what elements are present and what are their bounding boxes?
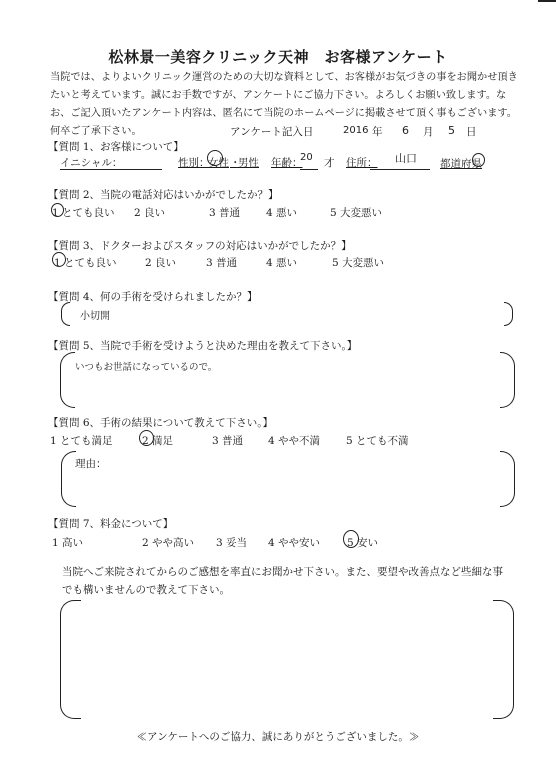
q7-option-4[interactable]: 4 やや安い [268,535,320,550]
q5-heading: 【質問 5、当院で手術を受けようと決めた理由を教えて下さい。】 [48,338,357,353]
date-year-unit: 年 [372,124,383,139]
q1-address-field[interactable]: 山口 [395,150,417,166]
q1-age-label: 年齢： [271,155,303,170]
q2-option-2[interactable]: 2 良い [134,205,165,220]
date-label: アンケート記入日 [230,124,313,139]
q1-prefecture-selected-circle [472,153,485,167]
q6-option-1[interactable]: 1 とても満足 [50,433,113,448]
q1-gender-label: 性別： [178,155,210,170]
date-day-unit: 日 [466,124,477,139]
q4-bracket-left [61,302,70,326]
q6-reason-label: 理由： [75,456,107,471]
q6-heading: 【質問 6、手術の結果について教えて下さい。】 [48,415,273,430]
q1-heading: 【質問 1、お客様について】 [48,139,184,154]
q1-gender-male-option[interactable]: 男性 [238,155,259,170]
q4-answer-field[interactable]: 小切開 [80,307,110,322]
q2-heading: 【質問 2、当院の電話対応はいかがでしたか？】 [48,187,279,202]
q3-option-3[interactable]: 3 普通 [206,255,237,270]
q5-answer-field[interactable]: いつもお世話になっているので。 [75,359,217,373]
footer-thanks: ≪アンケートへのご協力、誠にありがとうございました。≫ [0,729,556,744]
page-title: 松林景一美容クリニック天神 お客様アンケート [0,46,556,67]
q7-option-1[interactable]: 1 高い [52,535,83,550]
q1-address-label: 住所： [346,155,378,170]
date-year-field[interactable]: 2016 [343,125,368,136]
q2-option-5[interactable]: 5 大変悪い [330,205,382,220]
q7-selected-circle [343,530,359,548]
feedback-bracket-right [493,600,514,719]
q7-option-2[interactable]: 2 やや高い [142,535,194,550]
scan-edge-mark [538,0,556,2]
q5-bracket-right [500,352,515,408]
q1-gender-selected-circle [207,150,223,166]
q1-address-underline [370,169,430,170]
q3-option-5[interactable]: 5 大変悪い [332,255,384,270]
q6-option-5[interactable]: 5 とても不満 [346,433,409,448]
q1-initial-label: イニシャル： [60,155,122,170]
q2-option-4[interactable]: 4 悪い [266,205,297,220]
date-month-field[interactable]: 6 [402,124,409,137]
q6-bracket-right [500,451,515,507]
q1-initial-underline [60,169,162,170]
feedback-prompt: 当院へご来院されてからのご感想を率直にお聞かせ下さい。また、要望や改善点など些細… [62,563,512,599]
feedback-bracket-left [60,600,81,719]
date-month-unit: 月 [423,124,434,139]
q5-bracket-left [60,352,75,408]
q1-age-unit: 才 [324,155,335,170]
q6-option-4[interactable]: 4 やや不満 [268,433,320,448]
q3-heading: 【質問 3、ドクターおよびスタッフの対応はいかがでしたか？】 [48,238,352,253]
q3-option-2[interactable]: 2 良い [145,255,176,270]
q6-bracket-left [61,451,76,507]
date-day-field[interactable]: 5 [448,124,455,137]
q7-option-3[interactable]: 3 妥当 [216,535,247,550]
q3-option-4[interactable]: 4 悪い [266,255,297,270]
q4-bracket-right [504,302,513,326]
q6-option-3[interactable]: 3 普通 [212,433,243,448]
q6-selected-circle [139,430,154,446]
q7-heading: 【質問 7、料金について】 [48,516,173,531]
q4-heading: 【質問 4、何の手術を受けられましたか？】 [48,289,258,304]
q1-age-field[interactable]: 20 [300,152,313,163]
q2-option-3[interactable]: 3 普通 [209,205,240,220]
q2-selected-circle [51,203,64,217]
q3-selected-circle [52,252,66,267]
q1-age-underline [300,169,318,170]
